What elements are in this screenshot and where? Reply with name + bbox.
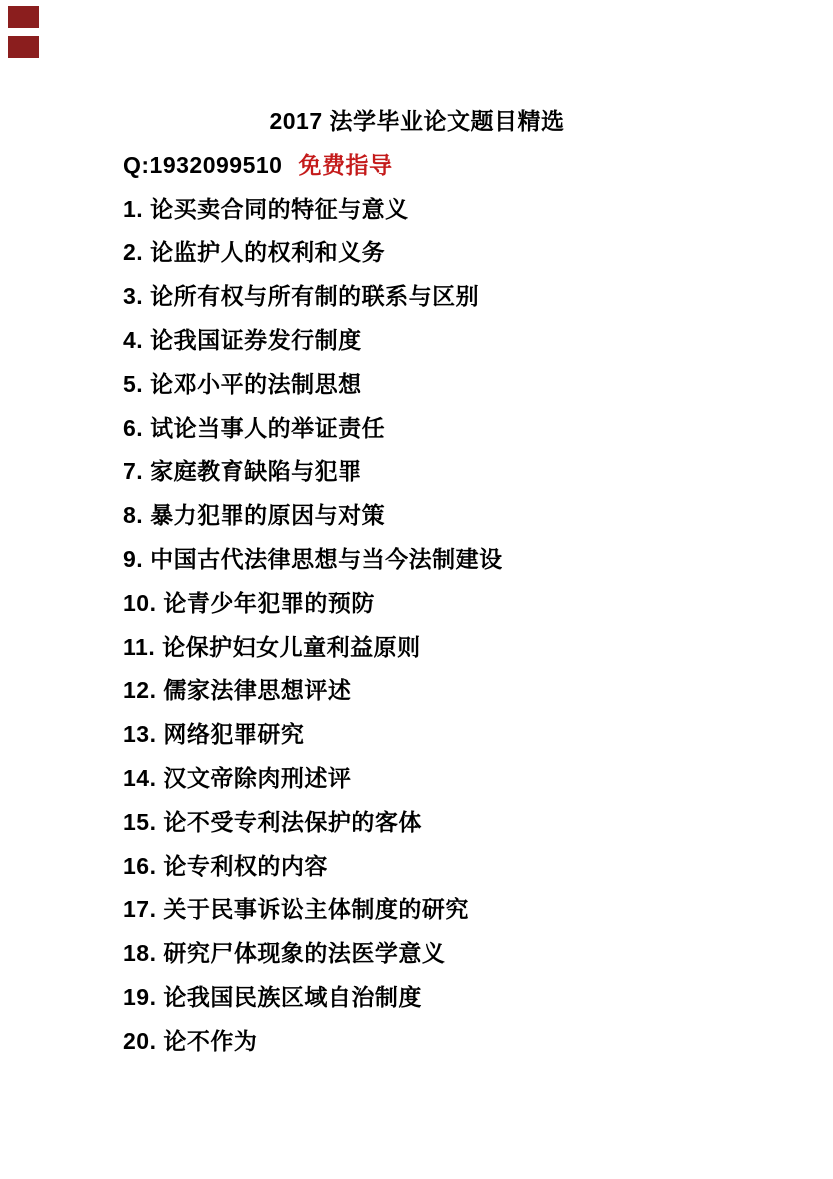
thesis-topic-item: 11. 论保护妇女儿童利益原则: [123, 626, 711, 670]
document-title: 2017 法学毕业论文题目精选: [123, 100, 711, 144]
thesis-topic-item: 19. 论我国民族区域自治制度: [123, 976, 711, 1020]
thesis-topic-item: 6. 试论当事人的举证责任: [123, 407, 711, 451]
thesis-topic-item: 13. 网络犯罪研究: [123, 713, 711, 757]
thesis-topic-item: 2. 论监护人的权利和义务: [123, 231, 711, 275]
thesis-topic-item: 1. 论买卖合同的特征与意义: [123, 188, 711, 232]
thesis-topic-item: 9. 中国古代法律思想与当今法制建设: [123, 538, 711, 582]
contact-line: Q:1932099510免费指导: [123, 144, 711, 188]
thesis-topic-item: 7. 家庭教育缺陷与犯罪: [123, 450, 711, 494]
document-page: 2017 法学毕业论文题目精选 Q:1932099510免费指导 1. 论买卖合…: [0, 0, 833, 1179]
thesis-topic-item: 8. 暴力犯罪的原因与对策: [123, 494, 711, 538]
thesis-topic-item: 3. 论所有权与所有制的联系与区别: [123, 275, 711, 319]
qq-number: Q:1932099510: [123, 152, 282, 178]
thesis-topic-item: 18. 研究尸体现象的法医学意义: [123, 932, 711, 976]
thesis-topic-item: 16. 论专利权的内容: [123, 845, 711, 889]
corner-mark-bottom: [8, 36, 39, 58]
thesis-topic-item: 17. 关于民事诉讼主体制度的研究: [123, 888, 711, 932]
thesis-topic-item: 10. 论青少年犯罪的预防: [123, 582, 711, 626]
thesis-topic-item: 20. 论不作为: [123, 1020, 711, 1064]
thesis-topic-item: 5. 论邓小平的法制思想: [123, 363, 711, 407]
thesis-topic-item: 14. 汉文帝除肉刑述评: [123, 757, 711, 801]
thesis-topic-item: 4. 论我国证券发行制度: [123, 319, 711, 363]
thesis-topic-item: 12. 儒家法律思想评述: [123, 669, 711, 713]
document-content: 2017 法学毕业论文题目精选 Q:1932099510免费指导 1. 论买卖合…: [123, 100, 711, 1064]
thesis-topic-item: 15. 论不受专利法保护的客体: [123, 801, 711, 845]
corner-mark-top: [8, 6, 39, 28]
free-guidance-label: 免费指导: [298, 152, 392, 178]
